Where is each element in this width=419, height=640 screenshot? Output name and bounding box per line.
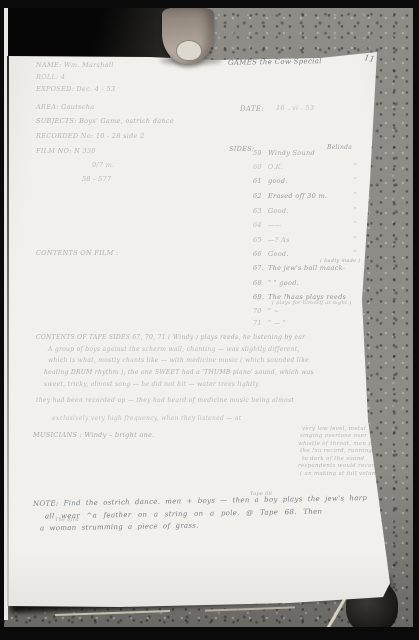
sides-row-text: Good. — [268, 250, 289, 258]
ditto-mark: " — [354, 164, 357, 170]
sides-row-text: Windy Sound — [268, 149, 315, 157]
sides-row: 62Erased off 30 m. — [253, 193, 327, 200]
handwriting-line: 9/7 m. — [92, 162, 115, 169]
sides-row-number: 60 — [253, 164, 268, 171]
note-line: NOTE: Find the ostrich dance. men + boys… — [33, 495, 367, 508]
sides-row-number: 68 — [253, 280, 268, 287]
handwriting-line: NAME: Wm. Marshall — [36, 62, 114, 69]
sides-row-number: 66 — [253, 251, 268, 258]
sides-row-number: 63 — [253, 208, 268, 215]
ditto-mark: " — [354, 251, 357, 257]
ditto-mark: " — [354, 237, 357, 243]
film-border-bottom — [0, 627, 419, 640]
tape-note-line: healing DRUM rhythm ), the one SWEET had… — [44, 370, 314, 376]
ditto-mark: " — [354, 193, 357, 199]
tape-note-right-line: to dark of the sound — [302, 457, 364, 463]
ditto-mark: " — [354, 178, 357, 184]
sides-row: 68" " good. — [253, 280, 299, 287]
date-label: DATE: — [240, 106, 264, 113]
sides-row-text: The jew's ball maack- — [268, 264, 345, 272]
handwriting-line: 58 - 577 — [82, 176, 111, 183]
handwriting-line: SUBJECTS: Boys' Game, ostrich dance — [36, 118, 174, 125]
sides-row-number: 67. — [253, 265, 268, 272]
sides-row-number: 69. — [253, 294, 268, 301]
sides-row-number: 59 — [253, 150, 268, 157]
sides-row-text: —— — [268, 221, 282, 229]
sides-row-sub: ( plays for himself at night ) — [272, 301, 352, 306]
sides-row: 60O.K. — [253, 164, 283, 171]
sides-row: 65—? As — [253, 237, 290, 244]
tape-note-line: which is what, mostly chants like — with… — [48, 358, 309, 364]
tape-note-line: sweet, tricky, almost song — he did not … — [44, 382, 259, 388]
handwriting-line: AREA: Gautscha — [36, 104, 94, 111]
notebook-page: GAMES the Cow Special 11 NAME: Wm. Marsh… — [0, 0, 419, 640]
sides-margin-note: Belinda — [327, 145, 352, 151]
handwriting-line: ROLL: 4 — [36, 74, 65, 81]
sides-row-text: Good. — [268, 207, 289, 215]
sides-row: 66Good. — [253, 251, 289, 258]
shadow-top-left — [4, 8, 170, 58]
sides-row-number: 61 — [253, 178, 268, 185]
sides-row-sup: ( badly made ) — [320, 259, 361, 264]
tape-note-right-line: the !xu record, running up — [300, 449, 382, 455]
handwriting-line: FILM NO: N 330 — [36, 148, 96, 155]
tape-note-right-line: very low level, metal — [302, 427, 366, 433]
film-border-top — [0, 0, 419, 8]
note-line: all wear ^a feather on a string on a pol… — [45, 509, 322, 521]
tape-note-line: CONTENTS OF TAPE SIDES 67, 70, 71 ( Wind… — [36, 335, 305, 341]
sides-row-number: 62 — [253, 193, 268, 200]
sides-row-number: 70 — [253, 308, 268, 315]
sides-row-text: good. — [268, 177, 288, 185]
note-insert: The bird — [55, 518, 79, 523]
spine-line — [7, 56, 9, 606]
sides-row-text: —? As — [268, 236, 290, 244]
tape-note-line: they had been recorded up — they had hea… — [36, 398, 294, 404]
tape-note-right-line: ( an making at full volume ) — [300, 472, 385, 478]
date-value: 16 . vi . 53 — [276, 105, 314, 112]
sides-label: SIDES: — [229, 146, 254, 153]
musicians-line: MUSICIANS : Windy – bright one. — [33, 432, 155, 439]
ditto-mark: " — [354, 208, 357, 214]
handwriting-line: EXPOSED: Dec. 4 - 53 — [36, 86, 115, 93]
sides-row-text: Erased off 30 m. — [268, 192, 327, 200]
note-line: a woman strumming a piece of grass. — [40, 523, 199, 533]
film-border-right — [413, 0, 419, 640]
tape-note-line: A group of boys against the scherm wall,… — [48, 347, 300, 353]
sides-row: 67.The jew's ball maack- — [253, 265, 345, 272]
handwriting-line: RECORDED No: 10 - 28 side 2 — [36, 133, 145, 140]
page-number: 11 — [363, 54, 375, 64]
sides-row-number: 64 — [253, 222, 268, 229]
photograph: GAMES the Cow Special 11 NAME: Wm. Marsh… — [0, 0, 419, 640]
contents-on-film-label: CONTENTS ON FILM : — [36, 250, 118, 257]
sides-row: 64—— — [253, 222, 282, 229]
film-border-left — [0, 0, 4, 640]
sides-row-number: 71 — [253, 320, 268, 327]
sides-row: 61good. — [253, 178, 288, 185]
sides-row-text: " ~ — [268, 307, 279, 315]
sides-row: 63Good. — [253, 208, 289, 215]
sides-row-text: " " good. — [268, 279, 299, 287]
sides-row: 70" ~ — [253, 308, 279, 315]
sides-row-text: O.K. — [268, 163, 283, 171]
sides-row-number: 65 — [253, 237, 268, 244]
sides-row-text: " — " — [268, 319, 286, 327]
sides-row: 71" — " — [253, 320, 286, 327]
ditto-mark: " — [354, 222, 357, 228]
fingernail — [176, 40, 202, 61]
tape-note-line: exclusively very high frequency, when th… — [52, 416, 241, 422]
sides-row: 59Windy Sound — [253, 150, 315, 157]
